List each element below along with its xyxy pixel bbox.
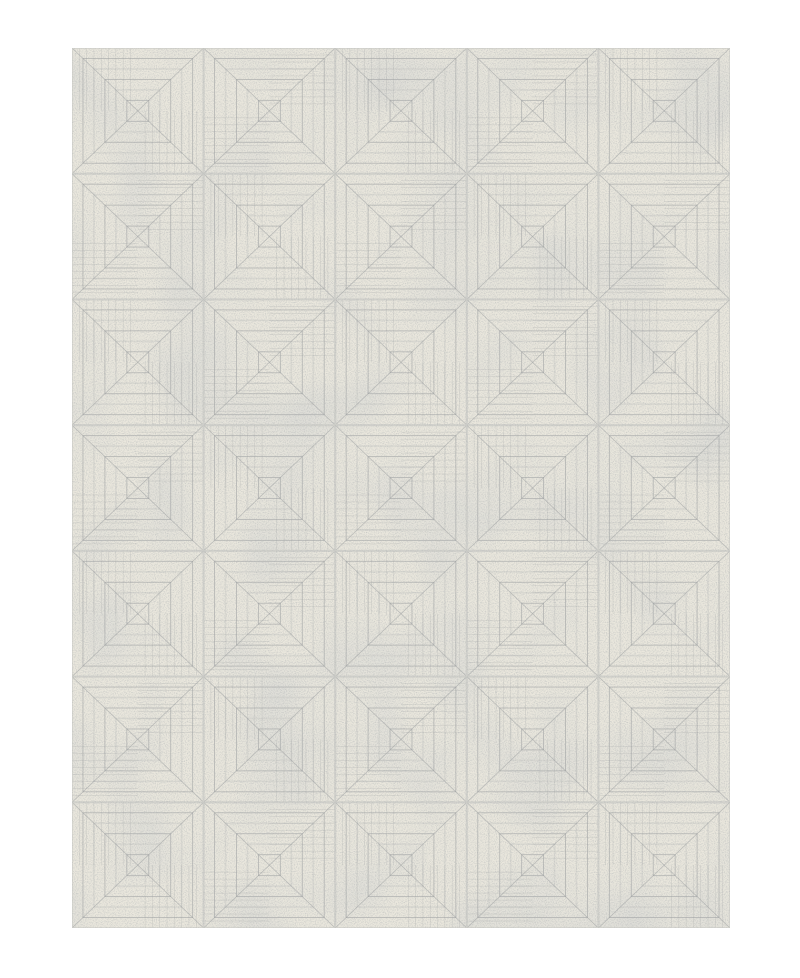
rug-image bbox=[72, 48, 730, 928]
rug-pattern bbox=[72, 48, 730, 928]
